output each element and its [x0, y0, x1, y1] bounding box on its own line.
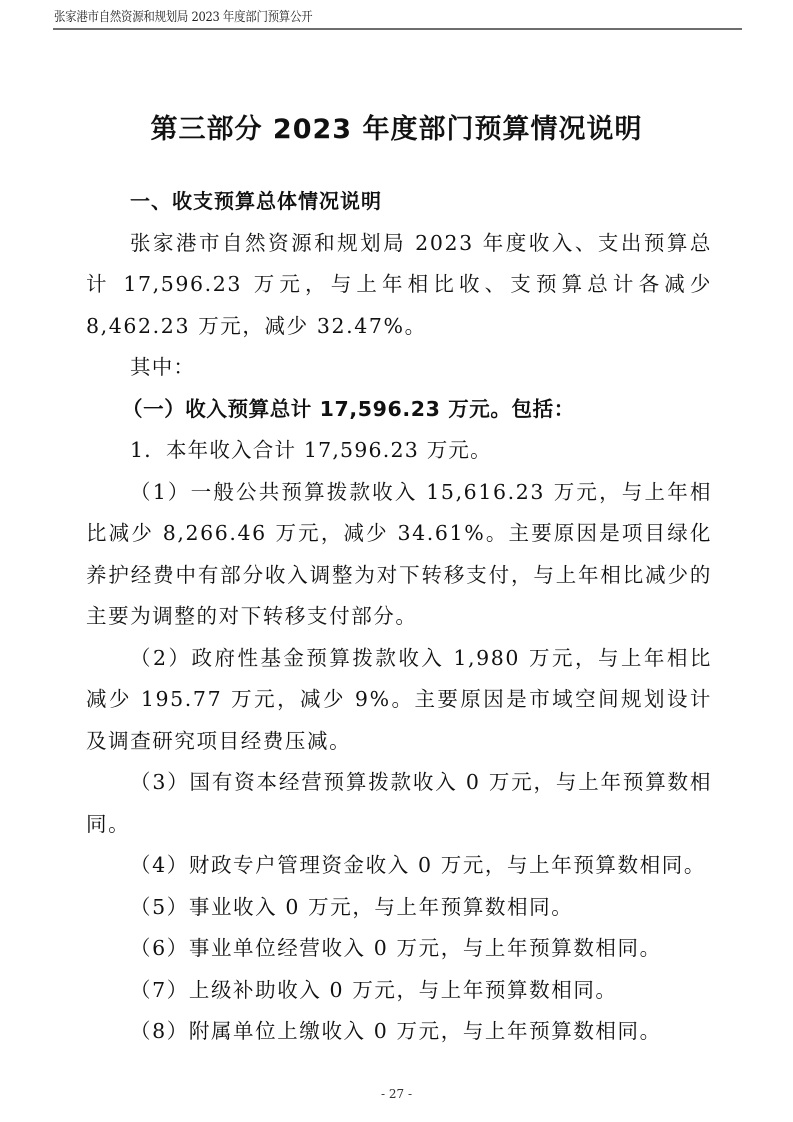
list-item-government-fund: （2）政府性基金预算拨款收入 1,980 万元，与上年相比减少 195.77 万…	[86, 638, 712, 763]
page-number: - 27 -	[0, 1086, 793, 1102]
subsection-heading-income-total: （一）收入预算总计 17,596.23 万元。包括：	[86, 389, 712, 431]
page-title: 第三部分 2023 年度部门预算情况说明	[0, 112, 793, 148]
list-item-general-public-budget: （1）一般公共预算拨款收入 15,616.23 万元，与上年相比减少 8,266…	[86, 472, 712, 638]
list-item-superior-subsidy: （7）上级补助收入 0 万元，与上年预算数相同。	[86, 970, 712, 1012]
paragraph-budget-total: 张家港市自然资源和规划局 2023 年度收入、支出预算总计 17,596.23 …	[86, 223, 712, 348]
paragraph-among: 其中：	[86, 347, 712, 389]
list-item-current-year-income: 1．本年收入合计 17,596.23 万元。	[86, 430, 712, 472]
list-item-fiscal-special-account: （4）财政专户管理资金收入 0 万元，与上年预算数相同。	[86, 845, 712, 887]
section-heading-budget-overview: 一、收支预算总体情况说明	[86, 181, 712, 223]
list-item-affiliated-unit-remittance: （8）附属单位上缴收入 0 万元，与上年预算数相同。	[86, 1011, 712, 1053]
list-item-business-income: （5）事业收入 0 万元，与上年预算数相同。	[86, 887, 712, 929]
document-body: 一、收支预算总体情况说明 张家港市自然资源和规划局 2023 年度收入、支出预算…	[86, 181, 712, 1053]
list-item-business-operating-income: （6）事业单位经营收入 0 万元，与上年预算数相同。	[86, 928, 712, 970]
header-divider	[53, 28, 742, 30]
list-item-state-capital: （3）国有资本经营预算拨款收入 0 万元，与上年预算数相同。	[86, 762, 712, 845]
running-header: 张家港市自然资源和规划局 2023 年度部门预算公开	[54, 9, 312, 27]
